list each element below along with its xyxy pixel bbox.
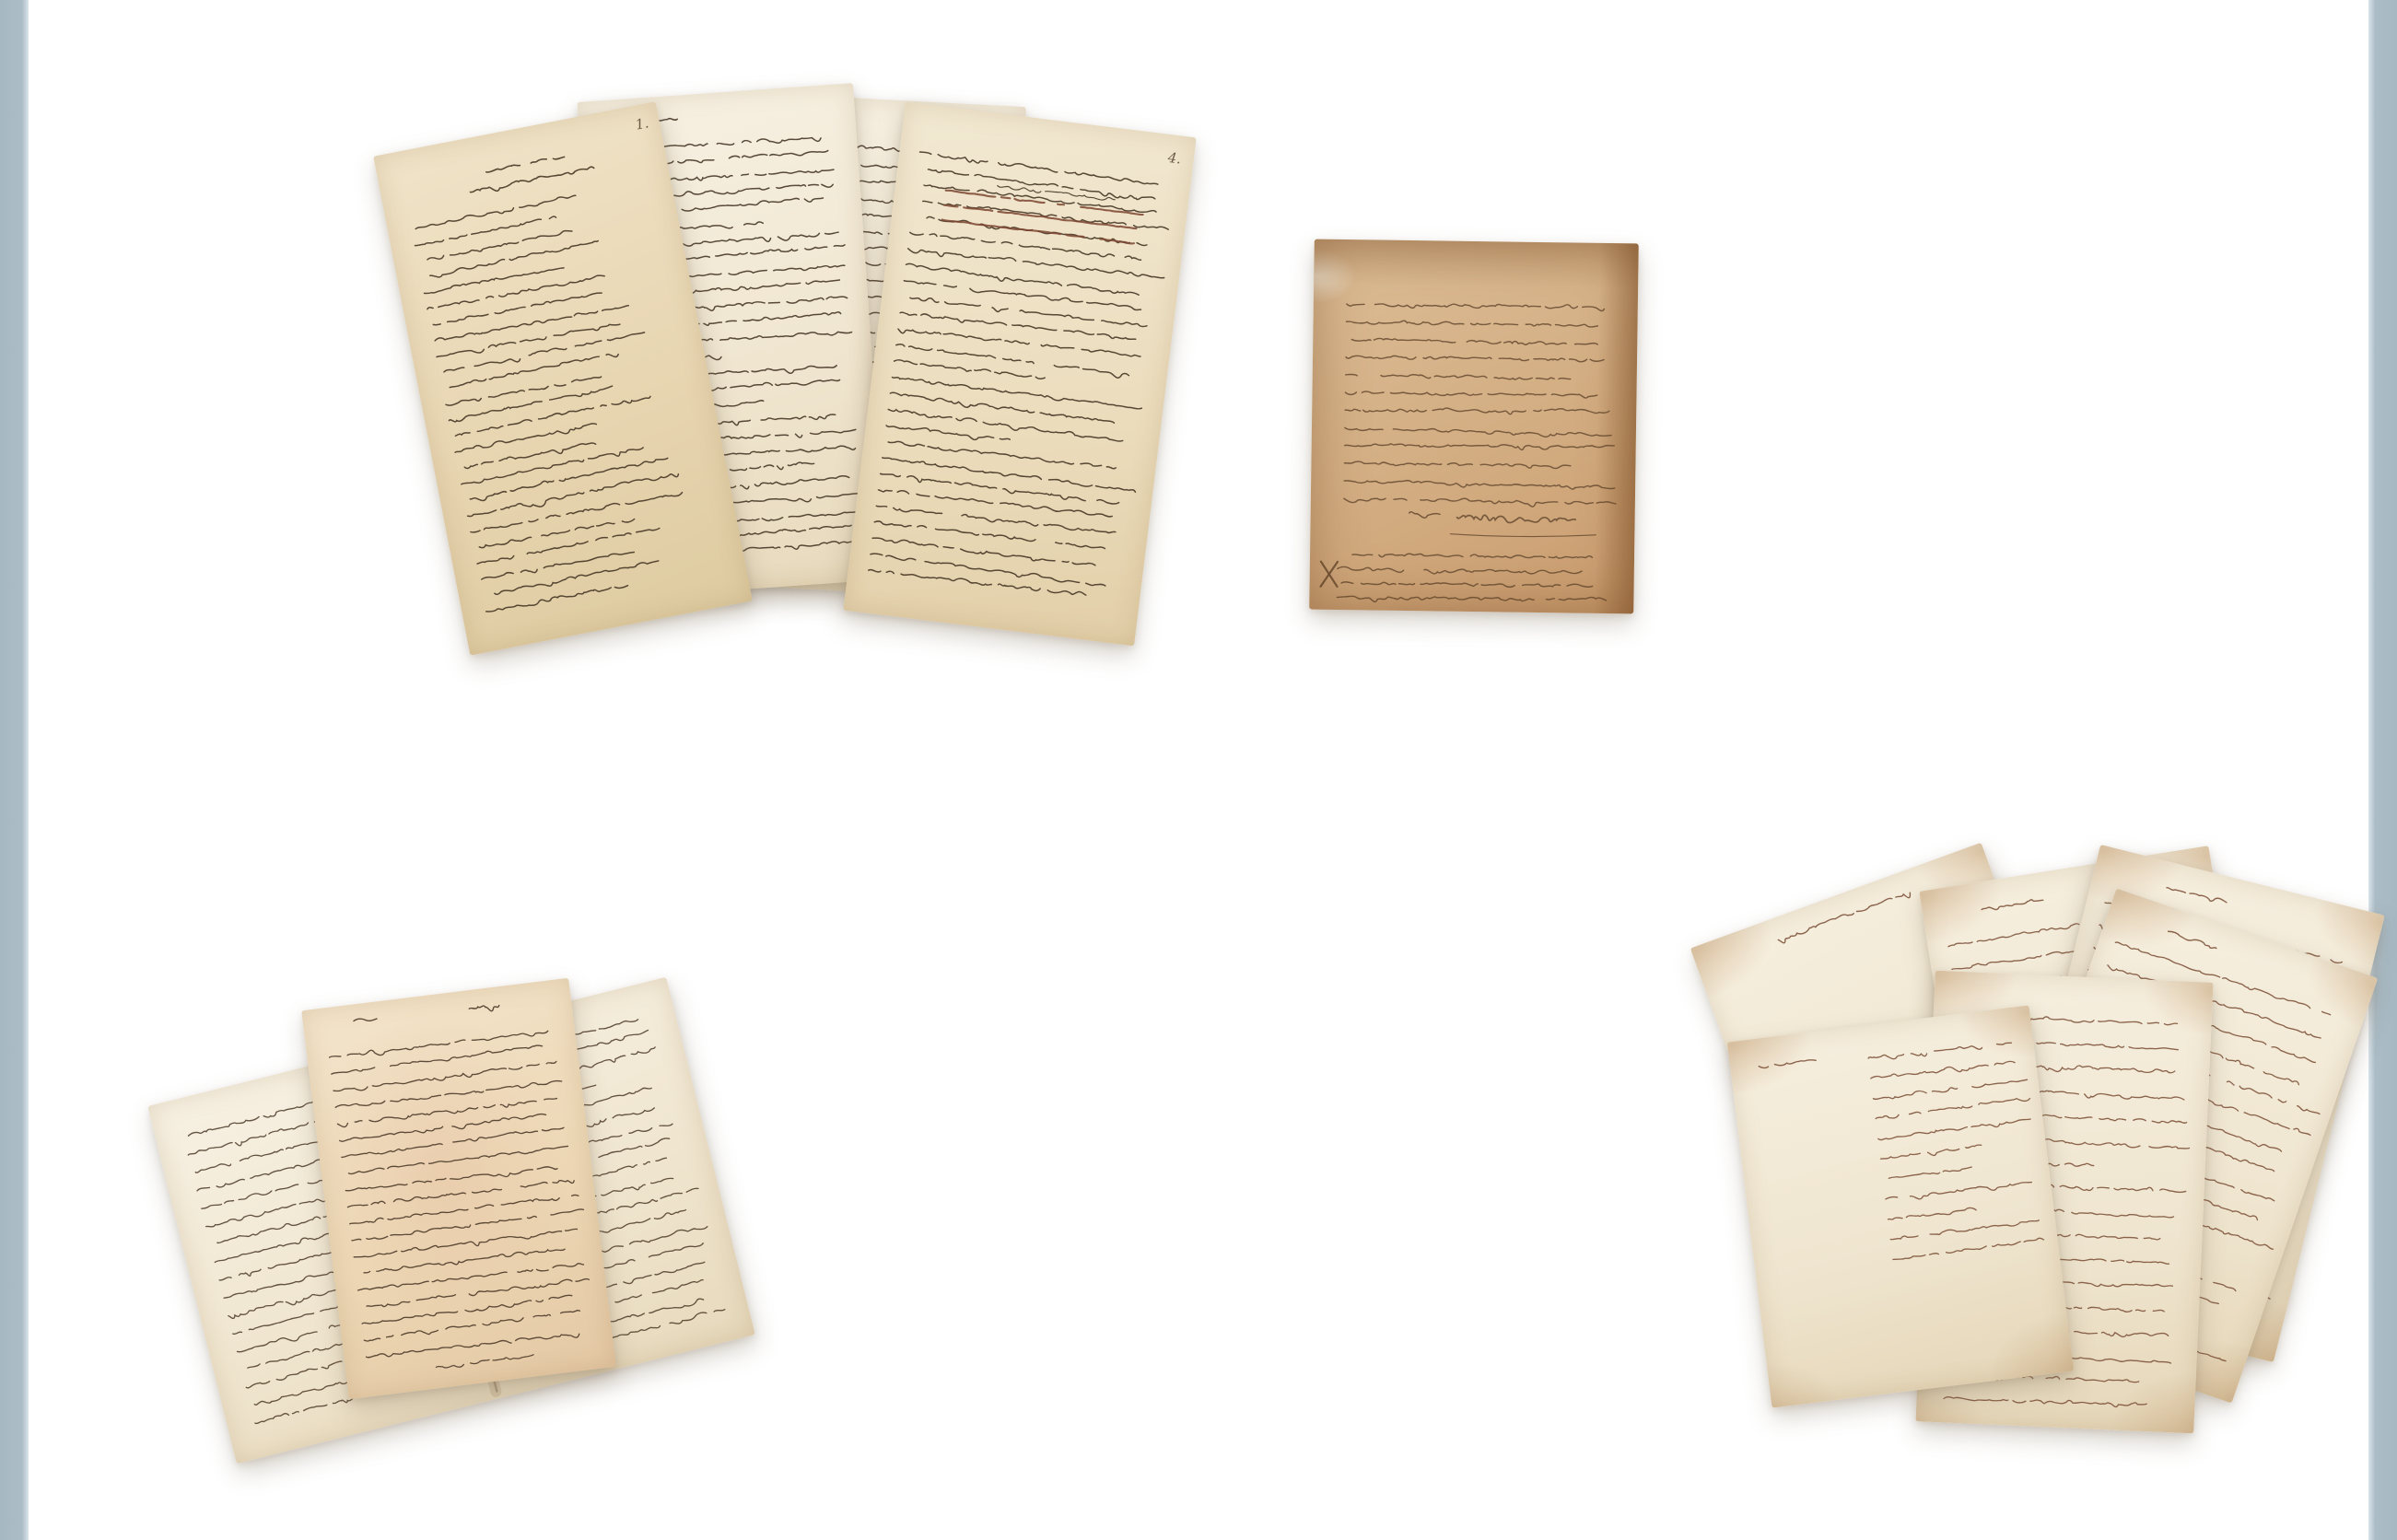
handwriting-texture [301, 978, 616, 1399]
page-number: 4. [1167, 149, 1182, 168]
ms-letter [1309, 239, 1639, 614]
handwriting-texture [1727, 1005, 2074, 1407]
handwriting-texture [1309, 239, 1639, 614]
ms-leaf-front [1727, 1005, 2074, 1407]
catalog-photo-plate: 3.4.1. [0, 0, 2397, 1540]
ms-overleaf [301, 978, 616, 1399]
ms-page-4: 4. [843, 102, 1196, 647]
handwriting-texture [843, 102, 1196, 647]
